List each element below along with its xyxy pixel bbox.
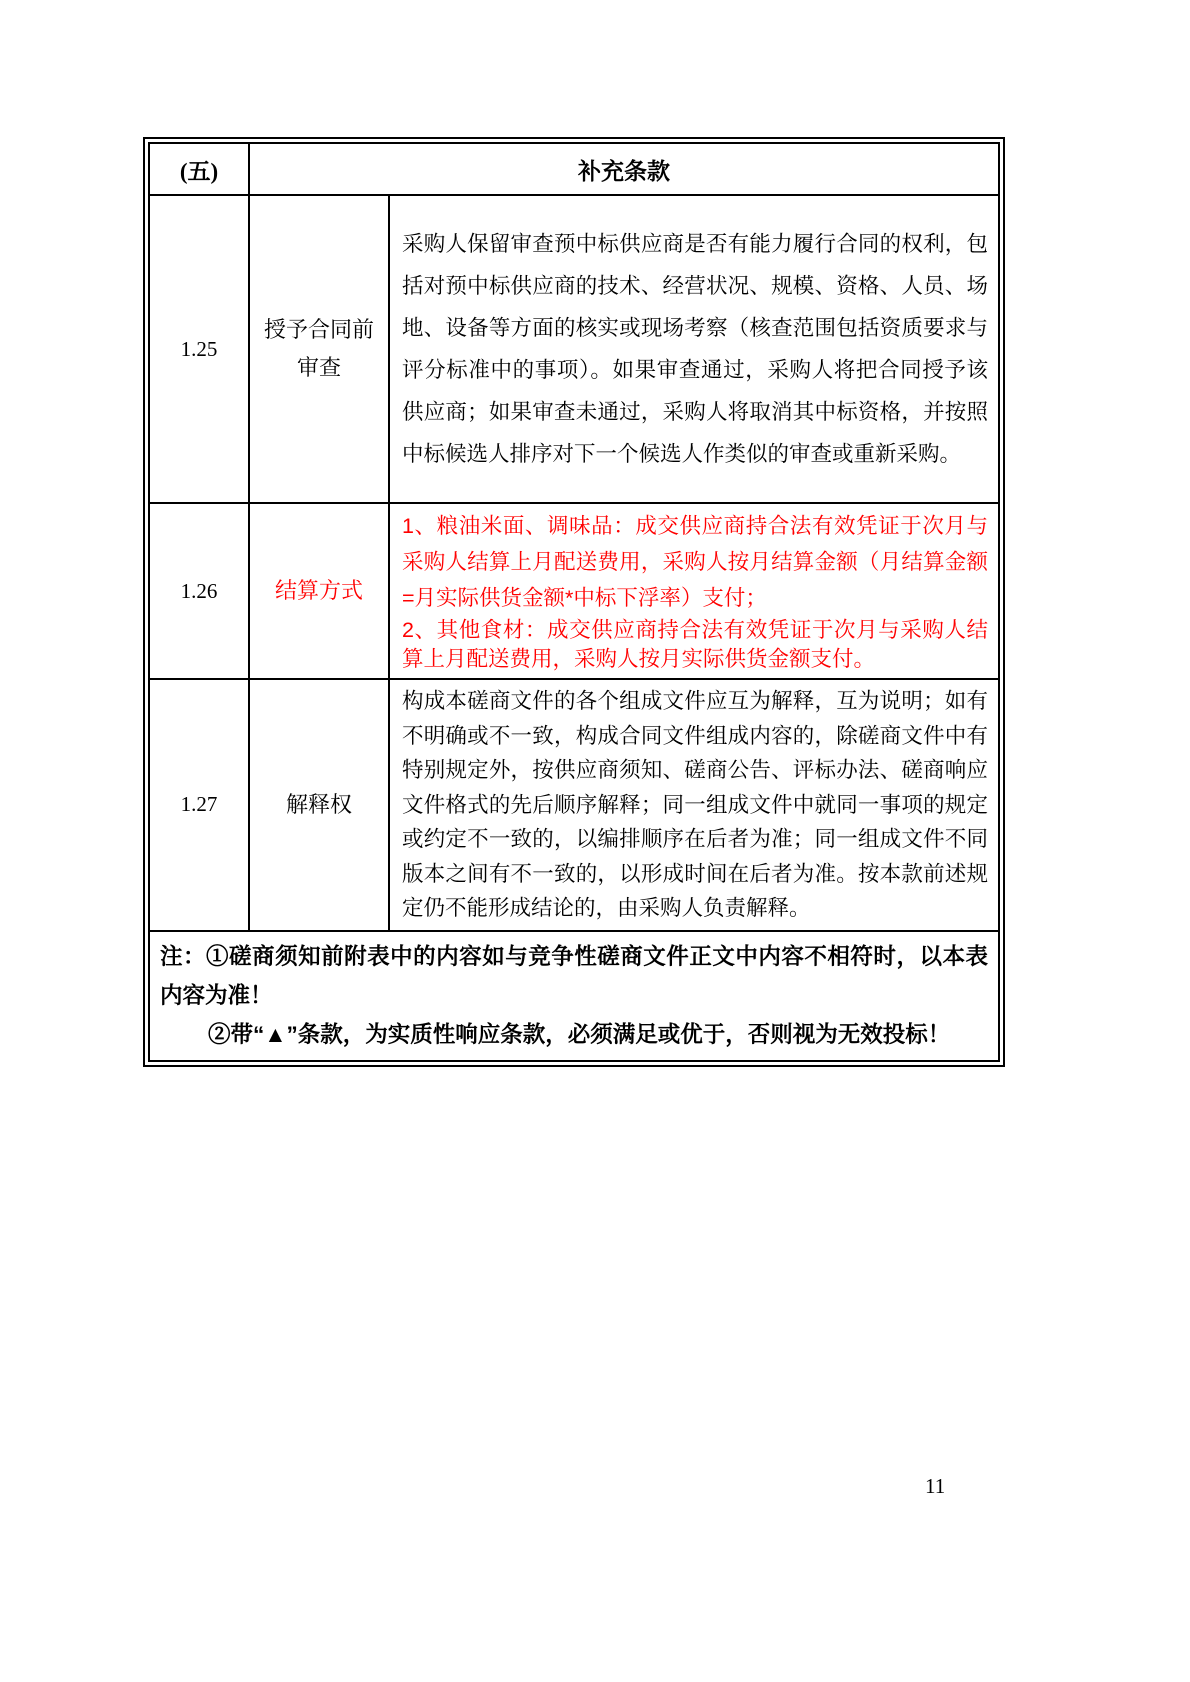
note-line-1: 注：①磋商须知前附表中的内容如与竞争性磋商文件正文中内容不相符时，以本表内容为准… — [160, 937, 988, 1015]
notes-cell: 注：①磋商须知前附表中的内容如与竞争性磋商文件正文中内容不相符时，以本表内容为准… — [149, 931, 999, 1061]
table-row-1-25: 1.25 授予合同前审查 采购人保留审查预中标供应商是否有能力履行合同的权利，包… — [149, 195, 999, 503]
table-row-1-26: 1.26 结算方式 1、粮油米面、调味品：成交供应商持合法有效凭证于次月与采购人… — [149, 503, 999, 679]
table-row-1-27: 1.27 解释权 构成本磋商文件的各个组成文件应互为解释，互为说明；如有不明确或… — [149, 679, 999, 931]
clause-label-1-25: 授予合同前审查 — [249, 195, 389, 503]
clause-number-1-25: 1.25 — [149, 195, 249, 503]
note-line-2: ②带“▲”条款，为实质性响应条款，必须满足或优于，否则视为无效投标！ — [160, 1015, 988, 1054]
settlement-item-1: 1、粮油米面、调味品：成交供应商持合法有效凭证于次月与采购人结算上月配送费用，采… — [402, 508, 988, 616]
page-number: 11 — [925, 1474, 945, 1499]
supplementary-terms-table: (五) 补充条款 1.25 授予合同前审查 采购人保留审查预中标供应商是否有能力… — [143, 137, 1005, 1067]
clause-label-1-27: 解释权 — [249, 679, 389, 931]
section-title-cell: 补充条款 — [249, 143, 999, 195]
clause-content-1-25: 采购人保留审查预中标供应商是否有能力履行合同的权利，包括对预中标供应商的技术、经… — [389, 195, 999, 503]
clause-content-1-27: 构成本磋商文件的各个组成文件应互为解释，互为说明；如有不明确或不一致，构成合同文… — [389, 679, 999, 931]
clause-number-1-26: 1.26 — [149, 503, 249, 679]
section-index-cell: (五) — [149, 143, 249, 195]
clause-number-1-27: 1.27 — [149, 679, 249, 931]
clause-label-1-26: 结算方式 — [249, 503, 389, 679]
settlement-item-2: 2、其他食材：成交供应商持合法有效凭证于次月与采购人结算上月配送费用，采购人按月… — [402, 616, 988, 674]
terms-table: (五) 补充条款 1.25 授予合同前审查 采购人保留审查预中标供应商是否有能力… — [148, 142, 1000, 1062]
clause-content-1-26: 1、粮油米面、调味品：成交供应商持合法有效凭证于次月与采购人结算上月配送费用，采… — [389, 503, 999, 679]
document-page: (五) 补充条款 1.25 授予合同前审查 采购人保留审查预中标供应商是否有能力… — [0, 0, 1190, 1682]
table-header-row: (五) 补充条款 — [149, 143, 999, 195]
table-note-row: 注：①磋商须知前附表中的内容如与竞争性磋商文件正文中内容不相符时，以本表内容为准… — [149, 931, 999, 1061]
